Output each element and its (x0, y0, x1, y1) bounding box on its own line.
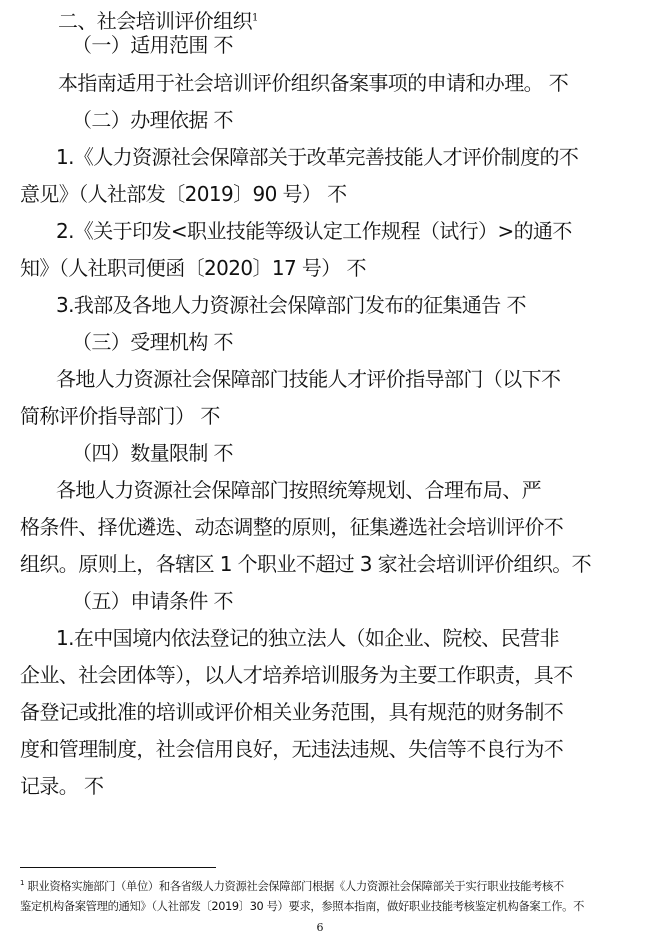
paragraph-line: 组织。原则上，各辖区 1 个职业不超过 3 家社会培训评价组织。不 (20, 551, 591, 577)
footnote-line-2: 鉴定机构备案管理的通知》（人社部发〔2019〕30 号）要求，参照本指南，做好职… (20, 899, 584, 914)
paragraph-line: 3.我部及各地人力资源社会保障部门发布的征集通告 不 (56, 292, 526, 318)
paragraph-line: 记录。 不 (20, 773, 103, 799)
document-page: 二、社会培训评价组织1 （一）适用范围 不本指南适用于社会培训评价组织备案事项的… (0, 0, 653, 943)
paragraph-line: 意见》（人社部发〔2019〕90 号） 不 (20, 181, 346, 207)
paragraph-line: 各地人力资源社会保障部门技能人才评价指导部门（以下不 (56, 366, 560, 392)
subsection-heading: （五）申请条件 不 (72, 588, 233, 614)
subsection-heading: （三）受理机构 不 (72, 329, 233, 355)
footnote-marker: 1 (20, 879, 24, 887)
paragraph-line: 1.在中国境内依法登记的独立法人（如企业、院校、民营非 (56, 625, 559, 651)
paragraph-line: 企业、社会团体等），以人才培养培训服务为主要工作职责，具不 (20, 662, 573, 688)
paragraph-line: 本指南适用于社会培训评价组织备案事项的申请和办理。 不 (58, 70, 568, 96)
footnote-reference[interactable]: 1 (252, 12, 258, 23)
paragraph-line: 1.《人力资源社会保障部关于改革完善技能人才评价制度的不 (56, 144, 578, 170)
page-number: 6 (0, 921, 640, 935)
paragraph-line: 备登记或批准的培训或评价相关业务范围，具有规范的财务制不 (20, 699, 563, 725)
subsection-heading: （二）办理依据 不 (72, 107, 233, 133)
paragraph-line: 2.《关于印发<职业技能等级认定工作规程（试行）>的通不 (56, 218, 572, 244)
section-heading: 二、社会培训评价组织1 (58, 8, 258, 34)
paragraph-line: 简称评价指导部门） 不 (20, 403, 220, 429)
subsection-heading: （四）数量限制 不 (72, 440, 233, 466)
section-heading-text: 二、社会培训评价组织 (58, 9, 252, 33)
paragraph-line: 度和管理制度，社会信用良好，无违法违规、失信等不良行为不 (20, 736, 563, 762)
paragraph-line: 格条件、择优遴选、动态调整的原则，征集遴选社会培训评价不 (20, 514, 563, 540)
footnote-text-1: 职业资格实施部门（单位）和各省级人力资源社会保障部门根据《人力资源社会保障部关于… (27, 880, 563, 893)
footnote-line-1: 1职业资格实施部门（单位）和各省级人力资源社会保障部门根据《人力资源社会保障部关… (20, 879, 564, 894)
paragraph-line: 知》（人社职司便函〔2020〕17 号） 不 (20, 255, 366, 281)
paragraph-line: 各地人力资源社会保障部门按照统筹规划、合理布局、严 (56, 477, 541, 503)
subsection-heading: （一）适用范围 不 (72, 32, 233, 58)
footnote-separator (20, 867, 216, 868)
